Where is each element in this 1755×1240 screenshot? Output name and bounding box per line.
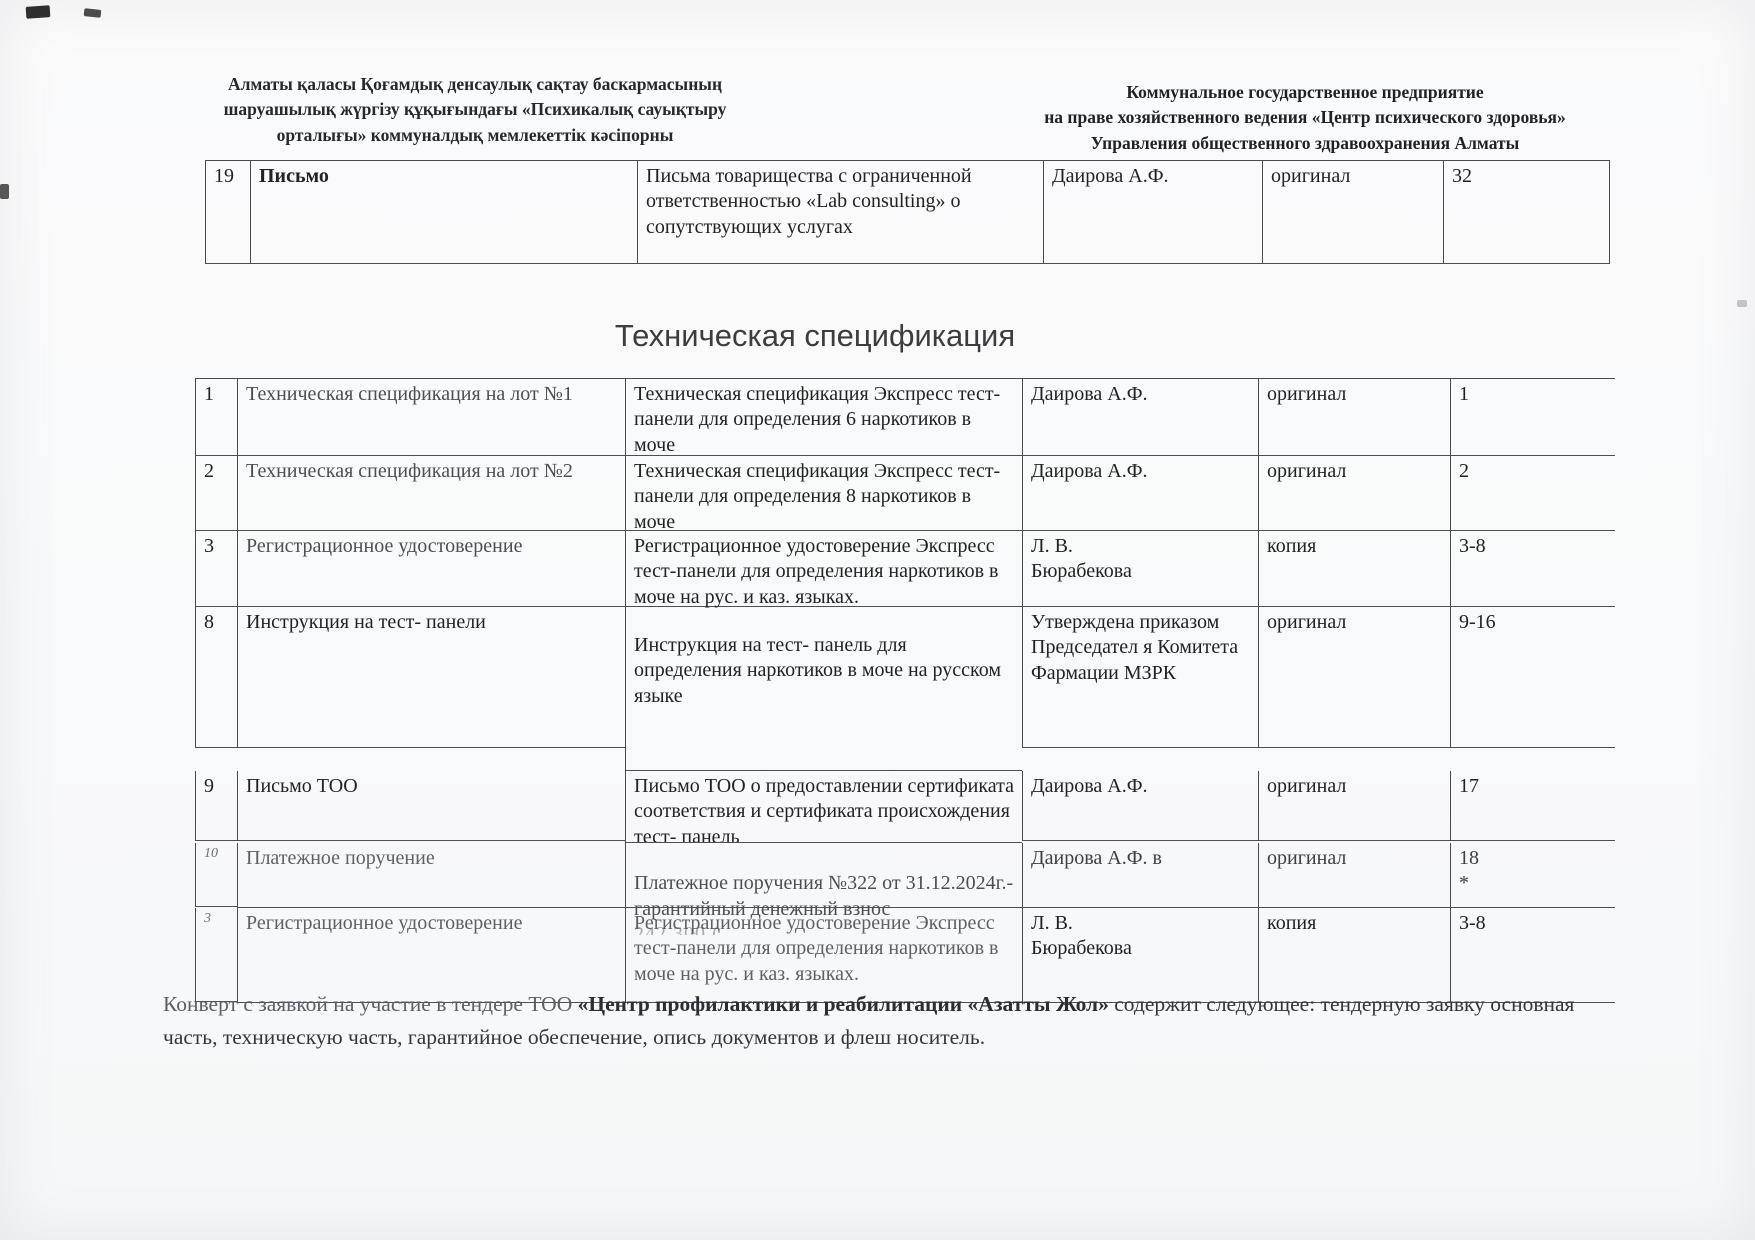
cell-row-number: 2 [195, 456, 237, 531]
letterhead-kazakh: Алматы қаласы Қоғамдық денсаулық сақтау … [175, 72, 775, 148]
cell-row-number: 10 [195, 843, 237, 907]
cell-doc-description: Регистрационное удостоверение Экспресс т… [625, 531, 1022, 607]
letterhead-russian: Коммунальное государственное предприятие… [945, 80, 1665, 156]
cell-doc-name: Регистрационное удостоверение [237, 531, 625, 607]
section-title: Техническая спецификация [420, 318, 1210, 354]
cell-person: Даирова А.Ф. [1022, 771, 1258, 841]
cell-person: Даирова А.Ф. [1043, 161, 1262, 264]
cell-row-number: 8 [195, 607, 237, 748]
specification-table: 1 Техническая спецификация на лот №1 Тех… [195, 378, 1615, 1003]
cell-doc-name: Платежное поручение [237, 843, 625, 908]
table-row: 10 Платежное поручение Платежное поручен… [195, 843, 1615, 908]
table-row: 1 Техническая спецификация на лот №1 Тех… [195, 379, 1615, 456]
paragraph-intro: Конверт с заявкой на участие в тендере Т… [163, 992, 578, 1016]
scanned-document-page: Алматы қаласы Қоғамдық денсаулық сақтау … [0, 0, 1755, 1240]
cell-doc-name: Техническая спецификация на лот №2 [237, 456, 625, 531]
cell-doc-type: оригинал [1258, 771, 1450, 841]
cell-doc-name: Техническая спецификация на лот №1 [237, 379, 625, 456]
cell-row-number: 1 [195, 379, 237, 456]
cell-doc-description: Техническая спецификация Экспресс тест-п… [625, 456, 1022, 531]
cell-pages: 1 [1450, 379, 1615, 456]
cell-doc-type: оригинал [1258, 456, 1450, 531]
scan-artifact [0, 184, 9, 199]
envelope-contents-paragraph: Конверт с заявкой на участие в тендере Т… [163, 988, 1615, 1053]
scan-artifact [26, 5, 51, 19]
cell-doc-type: копия [1258, 531, 1450, 607]
cell-doc-description: Техническая спецификация Экспресс тест-п… [625, 379, 1022, 456]
cell-person: Даирова А.Ф. в [1022, 843, 1258, 908]
scan-artifact [1737, 300, 1747, 307]
cell-person: Даирова А.Ф. [1022, 456, 1258, 531]
cell-pages: 17 [1450, 771, 1615, 841]
inventory-table-top: 19 Письмо Письма товарищества с ограниче… [205, 160, 1610, 264]
cell-doc-description: Письмо ТОО о предоставлении сертификата … [625, 771, 1022, 843]
cell-doc-name: Письмо [250, 161, 637, 264]
cell-doc-type: оригинал [1258, 607, 1450, 748]
cell-row-number: 19 [205, 161, 250, 264]
cell-pages: 18 * [1450, 843, 1615, 908]
table-row: 19 Письмо Письма товарищества с ограниче… [205, 161, 1610, 264]
cell-pages: 2 [1450, 456, 1615, 531]
cell-doc-type: оригинал [1262, 161, 1443, 264]
table-row: 8 Инструкция на тест- панели Инструкция … [195, 607, 1615, 771]
company-name: «Центр профилактики и реабилитации «Азат… [578, 992, 1109, 1016]
clipped-amount-text: 242 300 ( [634, 922, 1014, 935]
cell-person: Даирова А.Ф. [1022, 379, 1258, 456]
cell-person: Утверждена приказом Председател я Комите… [1022, 607, 1258, 748]
scan-artifact [84, 8, 102, 18]
cell-doc-name: Письмо ТОО [237, 771, 625, 841]
cell-doc-description: Инструкция на тест- панель для определен… [625, 607, 1022, 771]
cell-doc-description: Письма товарищества с ограниченной ответ… [637, 161, 1043, 264]
cell-pages: 3-8 [1450, 531, 1615, 607]
cell-person: Л. В. Бюрабекова [1022, 531, 1258, 607]
cell-doc-type: оригинал [1258, 843, 1450, 908]
cell-row-number: 3 [195, 531, 237, 607]
table-row: 3 Регистрационное удостоверение Регистра… [195, 531, 1615, 607]
cell-pages: 9-16 [1450, 607, 1615, 748]
cell-pages: 32 [1443, 161, 1610, 264]
table-row: 9 Письмо ТОО Письмо ТОО о предоставлении… [195, 771, 1615, 843]
cell-row-number: 9 [195, 771, 237, 841]
table-row: 2 Техническая спецификация на лот №2 Тех… [195, 456, 1615, 531]
cell-doc-type: оригинал [1258, 379, 1450, 456]
cell-doc-description: Платежное поручения №322 от 31.12.2024г.… [625, 843, 1022, 908]
cell-doc-name: Инструкция на тест- панели [237, 607, 625, 748]
